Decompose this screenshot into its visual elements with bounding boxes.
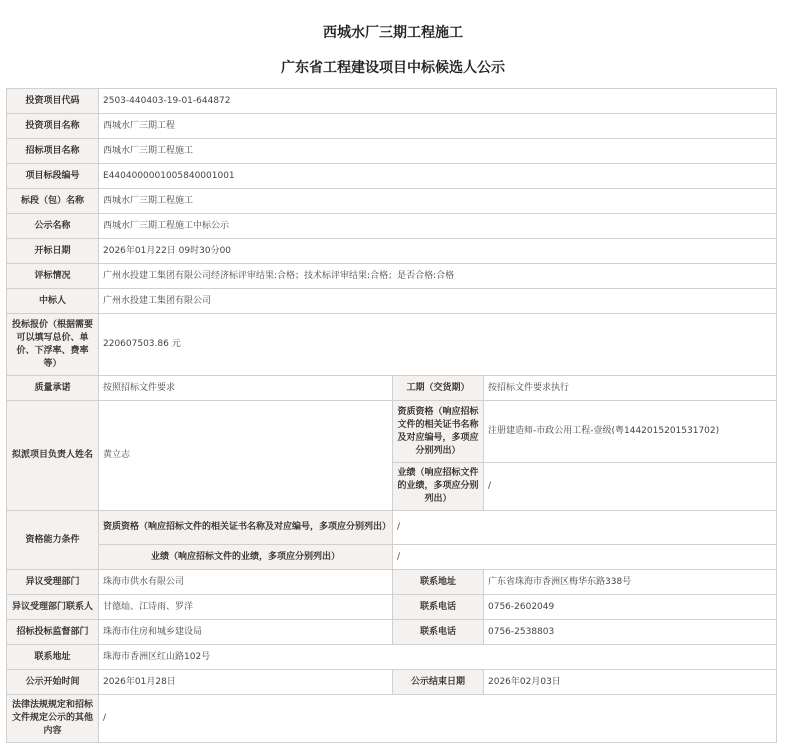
row-objection-dept: 异议受理部门 珠海市供水有限公司 联系地址 广东省珠海市香洲区梅华东路338号 <box>7 570 777 595</box>
label-tender-name: 招标项目名称 <box>7 139 99 164</box>
label-manager: 拟派项目负责人姓名 <box>7 401 99 511</box>
label-manager-perf: 业绩（响应招标文件的业绩，多项应分别列出） <box>393 463 484 511</box>
label-objection-contact: 异议受理部门联系人 <box>7 595 99 620</box>
candidate-notice-table: 投资项目代码 2503-440403-19-01-644872 投资项目名称 西… <box>6 88 777 743</box>
label-section-no: 项目标段编号 <box>7 164 99 189</box>
value-notice-start: 2026年01月28日 <box>99 670 393 695</box>
label-invest-code: 投资项目代码 <box>7 89 99 114</box>
page-subtitle: 广东省工程建设项目中标候选人公示 <box>0 57 786 77</box>
row-quality-duration: 质量承诺 按照招标文件要求 工期（交货期） 按招标文件要求执行 <box>7 376 777 401</box>
label-section-name: 标段（包）名称 <box>7 189 99 214</box>
row-objection-contact: 异议受理部门联系人 甘德灿、江诗雨、罗洋 联系电话 0756-2602049 <box>7 595 777 620</box>
row-evaluation: 评标情况 广州水投建工集团有限公司经济标评审结果:合格；技术标评审结果:合格；是… <box>7 264 777 289</box>
value-winner: 广州水投建工集团有限公司 <box>99 289 777 314</box>
label-objection-phone: 联系电话 <box>393 595 484 620</box>
value-objection-phone: 0756-2602049 <box>484 595 777 620</box>
value-manager: 黄立志 <box>99 401 393 511</box>
value-tender-name: 西城水厂三期工程施工 <box>99 139 777 164</box>
value-notice-name: 西城水厂三期工程施工中标公示 <box>99 214 777 239</box>
label-manager-qual: 资质资格（响应招标文件的相关证书名称及对应编号，多项应分别列出） <box>393 401 484 463</box>
row-open-date: 开标日期 2026年01月22日 09时30分00 <box>7 239 777 264</box>
label-duration: 工期（交货期） <box>393 376 484 401</box>
value-manager-perf: / <box>484 463 777 511</box>
row-invest-name: 投资项目名称 西城水厂三期工程 <box>7 114 777 139</box>
label-bid-price: 投标报价（根据需要可以填写总价、单价、下浮率、费率等） <box>7 314 99 376</box>
label-supervisor-addr: 联系地址 <box>7 645 99 670</box>
row-manager: 拟派项目负责人姓名 黄立志 资质资格（响应招标文件的相关证书名称及对应编号，多项… <box>7 401 777 463</box>
label-winner: 中标人 <box>7 289 99 314</box>
value-capability-perf: / <box>393 545 777 570</box>
label-notice-start: 公示开始时间 <box>7 670 99 695</box>
value-notice-end: 2026年02月03日 <box>484 670 777 695</box>
value-capability-qual: / <box>393 511 777 545</box>
label-notice-end: 公示结束日期 <box>393 670 484 695</box>
label-invest-name: 投资项目名称 <box>7 114 99 139</box>
value-other: / <box>99 695 777 743</box>
row-notice-period: 公示开始时间 2026年01月28日 公示结束日期 2026年02月03日 <box>7 670 777 695</box>
row-section-name: 标段（包）名称 西城水厂三期工程施工 <box>7 189 777 214</box>
value-objection-contact: 甘德灿、江诗雨、罗洋 <box>99 595 393 620</box>
value-evaluation: 广州水投建工集团有限公司经济标评审结果:合格；技术标评审结果:合格；是否合格:合… <box>99 264 777 289</box>
page-title: 西城水厂三期工程施工 <box>0 22 786 42</box>
value-supervisor: 珠海市住房和城乡建设局 <box>99 620 393 645</box>
row-bid-price: 投标报价（根据需要可以填写总价、单价、下浮率、费率等） 220607503.86… <box>7 314 777 376</box>
value-quality: 按照招标文件要求 <box>99 376 393 401</box>
label-objection-addr: 联系地址 <box>393 570 484 595</box>
value-open-date: 2026年01月22日 09时30分00 <box>99 239 777 264</box>
label-objection-dept: 异议受理部门 <box>7 570 99 595</box>
label-open-date: 开标日期 <box>7 239 99 264</box>
label-quality: 质量承诺 <box>7 376 99 401</box>
value-invest-code: 2503-440403-19-01-644872 <box>99 89 777 114</box>
row-invest-code: 投资项目代码 2503-440403-19-01-644872 <box>7 89 777 114</box>
value-manager-qual: 注册建造师-市政公用工程-壹级(粤1442015201531702) <box>484 401 777 463</box>
row-supervisor-addr: 联系地址 珠海市香洲区红山路102号 <box>7 645 777 670</box>
value-objection-dept: 珠海市供水有限公司 <box>99 570 393 595</box>
label-notice-name: 公示名称 <box>7 214 99 239</box>
row-winner: 中标人 广州水投建工集团有限公司 <box>7 289 777 314</box>
label-supervisor: 招标投标监督部门 <box>7 620 99 645</box>
row-tender-name: 招标项目名称 西城水厂三期工程施工 <box>7 139 777 164</box>
label-capability-perf: 业绩（响应招标文件的业绩，多项应分别列出） <box>99 545 393 570</box>
label-capability-qual: 资质资格（响应招标文件的相关证书名称及对应编号，多项应分别列出） <box>99 511 393 545</box>
row-supervisor: 招标投标监督部门 珠海市住房和城乡建设局 联系电话 0756-2538803 <box>7 620 777 645</box>
label-evaluation: 评标情况 <box>7 264 99 289</box>
row-notice-name: 公示名称 西城水厂三期工程施工中标公示 <box>7 214 777 239</box>
row-capability-qual: 资格能力条件 资质资格（响应招标文件的相关证书名称及对应编号，多项应分别列出） … <box>7 511 777 545</box>
row-section-no: 项目标段编号 E4404000001005840001001 <box>7 164 777 189</box>
label-supervisor-phone: 联系电话 <box>393 620 484 645</box>
row-capability-perf: 业绩（响应招标文件的业绩，多项应分别列出） / <box>7 545 777 570</box>
value-supervisor-addr: 珠海市香洲区红山路102号 <box>99 645 777 670</box>
value-section-name: 西城水厂三期工程施工 <box>99 189 777 214</box>
label-other: 法律法规规定和招标文件规定公示的其他内容 <box>7 695 99 743</box>
value-objection-addr: 广东省珠海市香洲区梅华东路338号 <box>484 570 777 595</box>
value-supervisor-phone: 0756-2538803 <box>484 620 777 645</box>
value-duration: 按招标文件要求执行 <box>484 376 777 401</box>
value-section-no: E4404000001005840001001 <box>99 164 777 189</box>
label-capability: 资格能力条件 <box>7 511 99 570</box>
value-invest-name: 西城水厂三期工程 <box>99 114 777 139</box>
row-other: 法律法规规定和招标文件规定公示的其他内容 / <box>7 695 777 743</box>
value-bid-price: 220607503.86 元 <box>99 314 777 376</box>
